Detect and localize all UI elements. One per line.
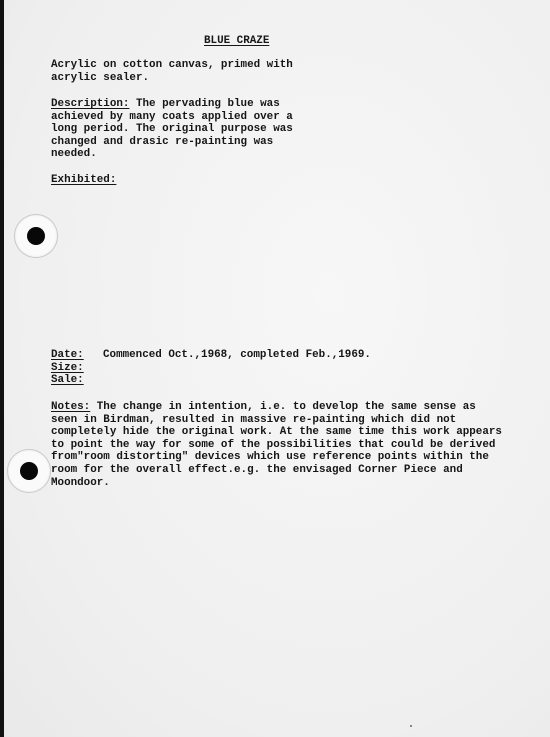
size-label: Size: xyxy=(51,362,84,374)
document-page: BLUE CRAZE Acrylic on cotton canvas, pri… xyxy=(0,0,550,737)
date-size-sale-labels: Date: Size: Sale: xyxy=(51,349,84,387)
date-label: Date: xyxy=(51,349,84,361)
notes-label: Notes: xyxy=(51,401,90,413)
notes-line: seen in Birdman, resulted in massive re-… xyxy=(51,414,456,426)
notes-line: The change in intention, i.e. to develop… xyxy=(90,401,476,413)
medium-line-1: Acrylic on cotton canvas, primed with xyxy=(51,59,293,71)
document-title: BLUE CRAZE xyxy=(204,35,269,48)
notes-line: completely hide the original work. At th… xyxy=(51,426,502,438)
description-label: Description: xyxy=(51,98,129,110)
notes-section: Notes: The change in intention, i.e. to … xyxy=(51,401,502,489)
description-line: achieved by many coats applied over a xyxy=(51,111,293,123)
notes-line: Moondoor. xyxy=(51,477,110,489)
notes-line: from"room distorting" devices which use … xyxy=(51,451,489,463)
exhibited-label: Exhibited: xyxy=(51,174,116,186)
description-line: needed. xyxy=(51,148,97,160)
notes-line: room for the overall effect.e.g. the env… xyxy=(51,464,463,476)
medium-text: Acrylic on cotton canvas, primed with ac… xyxy=(51,59,293,84)
punch-hole-icon xyxy=(14,214,58,258)
description-section: Description: The pervading blue was achi… xyxy=(51,98,293,161)
scan-speck xyxy=(410,725,412,727)
notes-line: to point the way for some of the possibi… xyxy=(51,439,495,451)
medium-line-2: acrylic sealer. xyxy=(51,72,149,84)
description-line: long period. The original purpose was xyxy=(51,123,293,135)
date-value: Commenced Oct.,1968, completed Feb.,1969… xyxy=(103,349,371,362)
punch-hole-icon xyxy=(7,449,51,493)
description-line: changed and drasic re-painting was xyxy=(51,136,273,148)
description-line: The pervading blue was xyxy=(129,98,279,110)
exhibited-section: Exhibited: xyxy=(51,174,116,187)
sale-label: Sale: xyxy=(51,374,84,386)
scan-edge xyxy=(0,0,4,737)
